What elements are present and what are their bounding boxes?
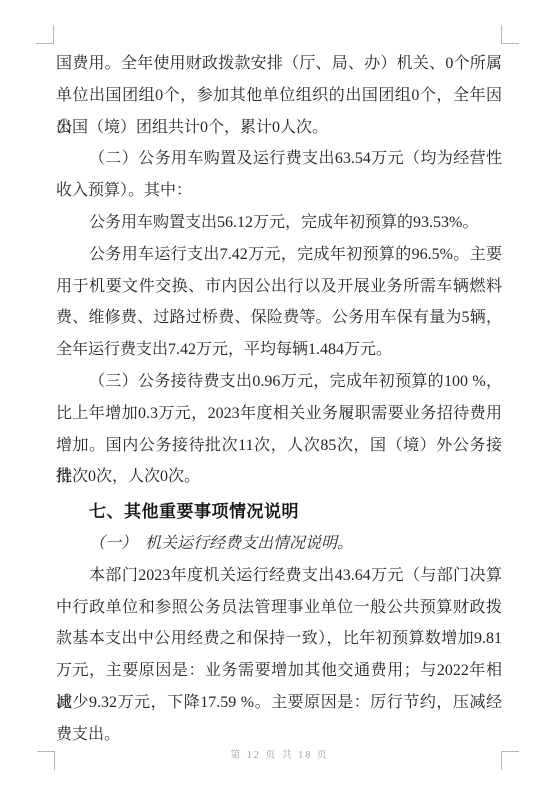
text-line: 减少9.32万元，下降17.59 %。主要原因是：厉行节约，压减经 — [56, 687, 502, 719]
text-line: 本部门2023年度机关运行经费支出43.64万元（与部门决算 — [56, 560, 502, 592]
text-line: （一） 机关运行经费支出情况说明。 — [56, 528, 502, 560]
text-line: 款基本支出中公用经费之和保持一致），比年初预算数增加9.81 — [56, 623, 502, 655]
text-line: 批次0次，人次0次。 — [56, 461, 502, 493]
text-line: （二）公务用车购置及运行费支出63.54万元（均为经营性 — [56, 143, 502, 175]
text-line: 用于机要文件交换、市内因公出行以及开展业务所需车辆燃料 — [56, 271, 502, 303]
page-number-footer: 第 12 页 共 18 页 — [0, 746, 559, 761]
margin-corner-mark-top-left — [36, 25, 54, 44]
text-line: 比上年增加0.3万元，2023年度相关业务履职需要业务招待费用 — [56, 398, 502, 430]
text-line: 增加。国内公务接待批次11次，人次85次，国（境）外公务接待 — [56, 430, 502, 462]
text-line: 万元，主要原因是：业务需要增加其他交通费用；与2022年相比 — [56, 655, 502, 687]
margin-corner-mark-top-right — [501, 25, 519, 44]
text-line: 收入预算）。其中： — [56, 175, 502, 207]
document-page: 国费用。全年使用财政拨款安排（厅、局、办）机关、0个所属单位出国团组0个，参加其… — [0, 0, 559, 793]
text-line: 中行政单位和参照公务员法管理事业单位一般公共预算财政拨 — [56, 592, 502, 624]
section-heading: 七、其他重要事项情况说明 — [56, 496, 502, 528]
text-line: 出国（境）团组共计0个，累计0人次。 — [56, 112, 502, 144]
text-line: 国费用。全年使用财政拨款安排（厅、局、办）机关、0个所属 — [56, 48, 502, 80]
text-line: （三）公务接待费支出0.96万元，完成年初预算的100 %， — [56, 366, 502, 398]
document-body-text: 国费用。全年使用财政拨款安排（厅、局、办）机关、0个所属单位出国团组0个，参加其… — [56, 48, 502, 751]
text-line: 单位出国团组0个，参加其他单位组织的出国团组0个，全年因公 — [56, 80, 502, 112]
text-line: 公务用车购置支出56.12万元，完成年初预算的93.53%。 — [56, 207, 502, 239]
text-line: 全年运行费支出7.42万元，平均每辆1.484万元。 — [56, 334, 502, 366]
text-line: 费、维修费、过路过桥费、保险费等。公务用车保有量为5辆， — [56, 302, 502, 334]
text-line: 公务用车运行支出7.42万元，完成年初预算的96.5%。主要 — [56, 239, 502, 271]
